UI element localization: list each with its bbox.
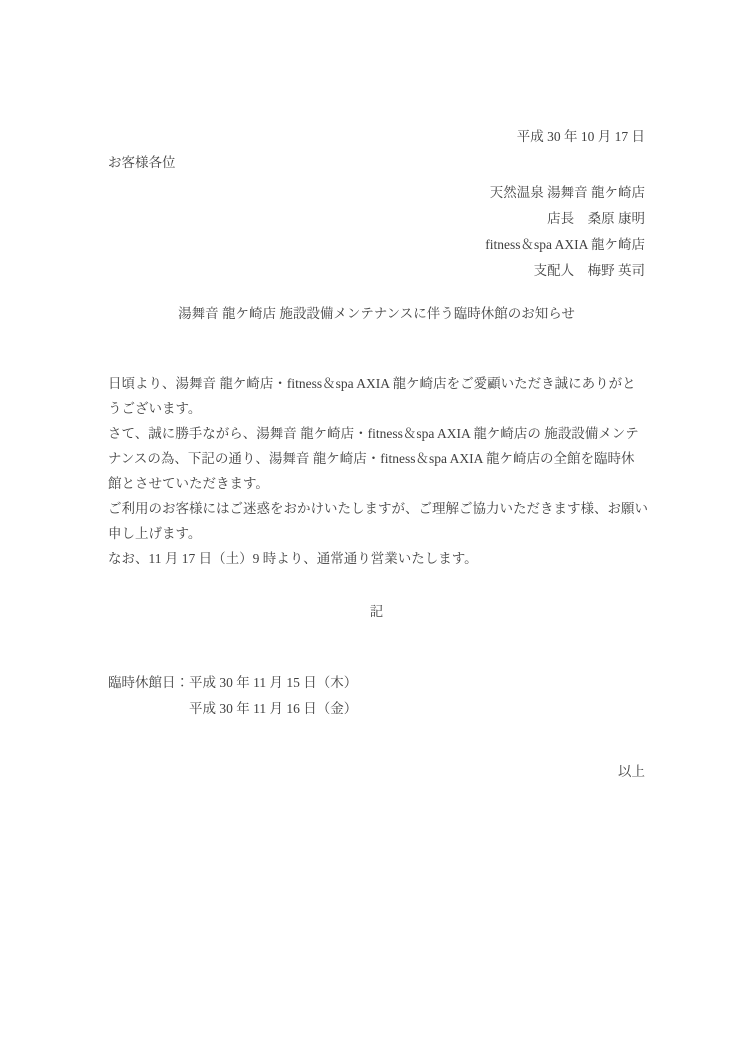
text-line: 支配人 梅野 英司 xyxy=(108,258,645,284)
closure-dates: 平成 30 年 11 月 15 日（木）平成 30 年 11 月 16 日（金） xyxy=(189,670,357,722)
recipient-line: お客様各位 xyxy=(108,150,645,176)
closing-word: 以上 xyxy=(108,759,645,785)
sender-block: 天然温泉 湯舞音 龍ケ崎店店長 桑原 康明fitness＆spa AXIA 龍ケ… xyxy=(108,180,645,284)
text-line: さて、誠に勝手ながら、湯舞音 龍ケ崎店・fitness＆spa AXIA 龍ケ崎… xyxy=(108,421,645,446)
text-line: なお、11 月 17 日（土）9 時より、通常通り営業いたします。 xyxy=(108,546,645,571)
text-line: 申し上げます。 xyxy=(108,521,645,546)
text-line: fitness＆spa AXIA 龍ケ崎店 xyxy=(108,232,645,258)
text-line: うございます。 xyxy=(108,396,645,421)
text-line: 日頃より、湯舞音 龍ケ崎店・fitness＆spa AXIA 龍ケ崎店をご愛顧い… xyxy=(108,371,645,396)
closure-dates-row: 臨時休館日： 平成 30 年 11 月 15 日（木）平成 30 年 11 月 … xyxy=(108,670,645,722)
letter-title: 湯舞音 龍ケ崎店 施設設備メンテナンスに伴う臨時休館のお知らせ xyxy=(108,301,645,327)
letter-content: 平成 30 年 10 月 17 日 お客様各位 天然温泉 湯舞音 龍ケ崎店店長 … xyxy=(0,0,750,785)
document-date: 平成 30 年 10 月 17 日 xyxy=(108,124,645,150)
closure-label: 臨時休館日： xyxy=(108,670,189,696)
document-page: 平成 30 年 10 月 17 日 お客様各位 天然温泉 湯舞音 龍ケ崎店店長 … xyxy=(0,0,750,1060)
text-line: 館とさせていただきます。 xyxy=(108,471,645,496)
text-line: ご利用のお客様にはご迷惑をおかけいたしますが、ご理解ご協力いただきます様、お願い xyxy=(108,496,645,521)
text-line: ナンスの為、下記の通り、湯舞音 龍ケ崎店・fitness＆spa AXIA 龍ケ… xyxy=(108,446,645,471)
text-line: 店長 桑原 康明 xyxy=(108,206,645,232)
text-line: 天然温泉 湯舞音 龍ケ崎店 xyxy=(108,180,645,206)
text-line: 平成 30 年 11 月 16 日（金） xyxy=(189,696,357,722)
text-line: 平成 30 年 11 月 15 日（木） xyxy=(189,670,357,696)
letter-body: 日頃より、湯舞音 龍ケ崎店・fitness＆spa AXIA 龍ケ崎店をご愛顧い… xyxy=(108,371,645,571)
record-marker: 記 xyxy=(108,599,645,625)
